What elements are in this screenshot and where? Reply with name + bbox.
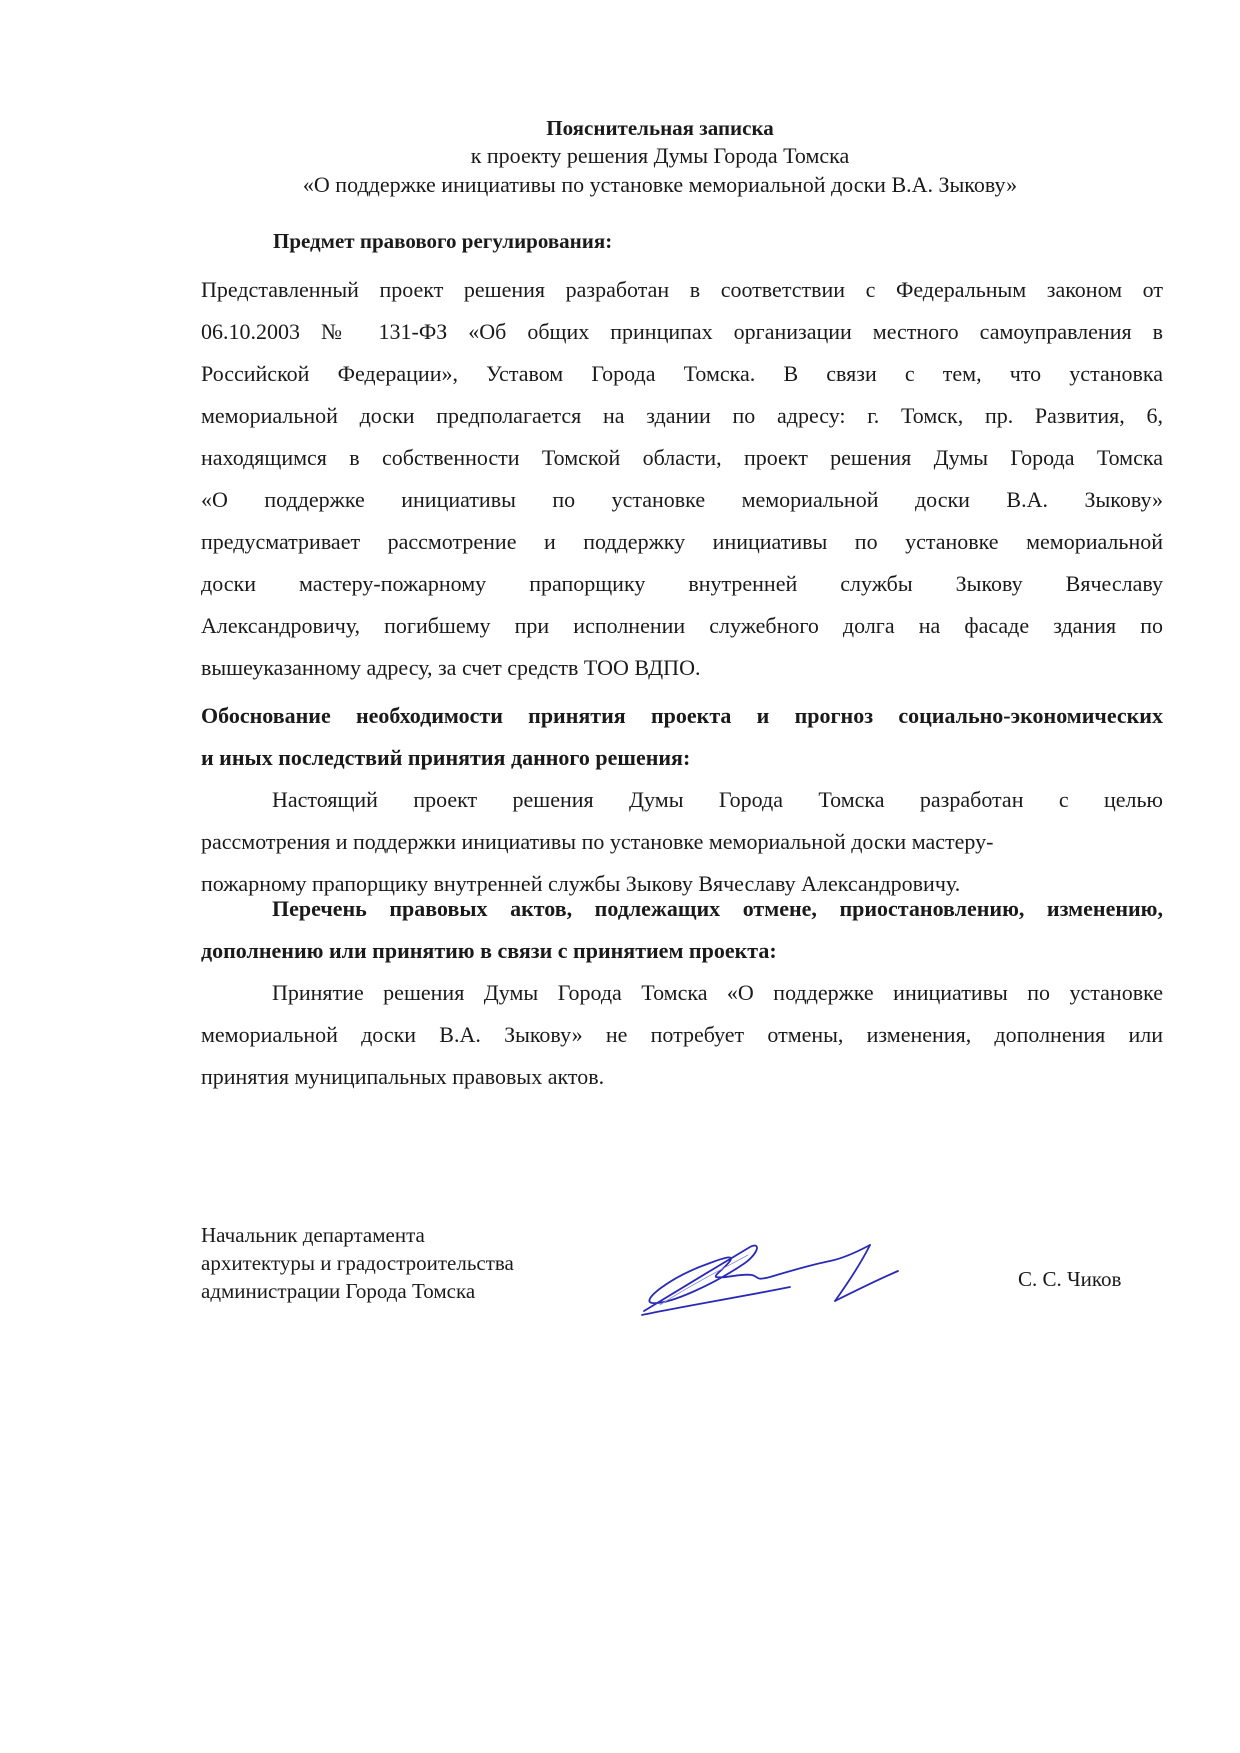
body-line: 06.10.2003 № 131-ФЗ «Об общих принципах … bbox=[201, 311, 1163, 353]
signatory-position-line: архитектуры и градостроительства bbox=[201, 1249, 514, 1277]
body-line: принятия муниципальных правовых актов. bbox=[201, 1056, 1163, 1098]
body-line: вышеуказанному адресу, за счет средств Т… bbox=[201, 647, 1163, 689]
body-line: Принятие решения Думы Города Томска «О п… bbox=[201, 972, 1163, 1014]
body-line: Российской Федерации», Уставом Города То… bbox=[201, 353, 1163, 395]
document-subtitle: к проекту решения Думы Города Томска bbox=[40, 143, 1240, 169]
document-quote-title: «О поддержке инициативы по установке мем… bbox=[40, 172, 1240, 198]
body-line: доски мастеру-пожарному прапорщику внутр… bbox=[201, 563, 1163, 605]
body-line: рассмотрения и поддержки инициативы по у… bbox=[201, 821, 1163, 863]
section-subject-body: Представленный проект решения разработан… bbox=[201, 269, 1163, 689]
section-heading-justification: и иных последствий принятия данного реше… bbox=[201, 737, 1163, 779]
body-line: Александровичу, погибшему при исполнении… bbox=[201, 605, 1163, 647]
body-line: мемориальной доски предполагается на зда… bbox=[201, 395, 1163, 437]
body-line: предусматривает рассмотрение и поддержку… bbox=[201, 521, 1163, 563]
document-page: Пояснительная записка к проекту решения … bbox=[0, 0, 1240, 1753]
signature-icon bbox=[630, 1225, 910, 1335]
section-justification: Обоснование необходимости принятия проек… bbox=[201, 695, 1163, 905]
body-line: мемориальной доски В.А. Зыкову» не потре… bbox=[201, 1014, 1163, 1056]
document-title: Пояснительная записка bbox=[40, 116, 1240, 141]
section-heading-legal-acts: дополнению или принятию в связи с принят… bbox=[201, 930, 1163, 972]
signatory-position: Начальник департамента архитектуры и гра… bbox=[201, 1221, 514, 1305]
signatory-position-line: администрации Города Томска bbox=[201, 1277, 514, 1305]
section-heading-subject: Предмет правового регулирования: bbox=[273, 229, 612, 254]
section-legal-acts: Перечень правовых актов, подлежащих отме… bbox=[201, 888, 1163, 1098]
body-line: Представленный проект решения разработан… bbox=[201, 269, 1163, 311]
section-heading-justification: Обоснование необходимости принятия проек… bbox=[201, 695, 1163, 737]
body-line: Настоящий проект решения Думы Города Том… bbox=[201, 779, 1163, 821]
body-line: находящимся в собственности Томской обла… bbox=[201, 437, 1163, 479]
section-heading-legal-acts: Перечень правовых актов, подлежащих отме… bbox=[201, 888, 1163, 930]
signatory-name: С. С. Чиков bbox=[1018, 1267, 1121, 1292]
signatory-position-line: Начальник департамента bbox=[201, 1221, 514, 1249]
body-line: «О поддержке инициативы по установке мем… bbox=[201, 479, 1163, 521]
